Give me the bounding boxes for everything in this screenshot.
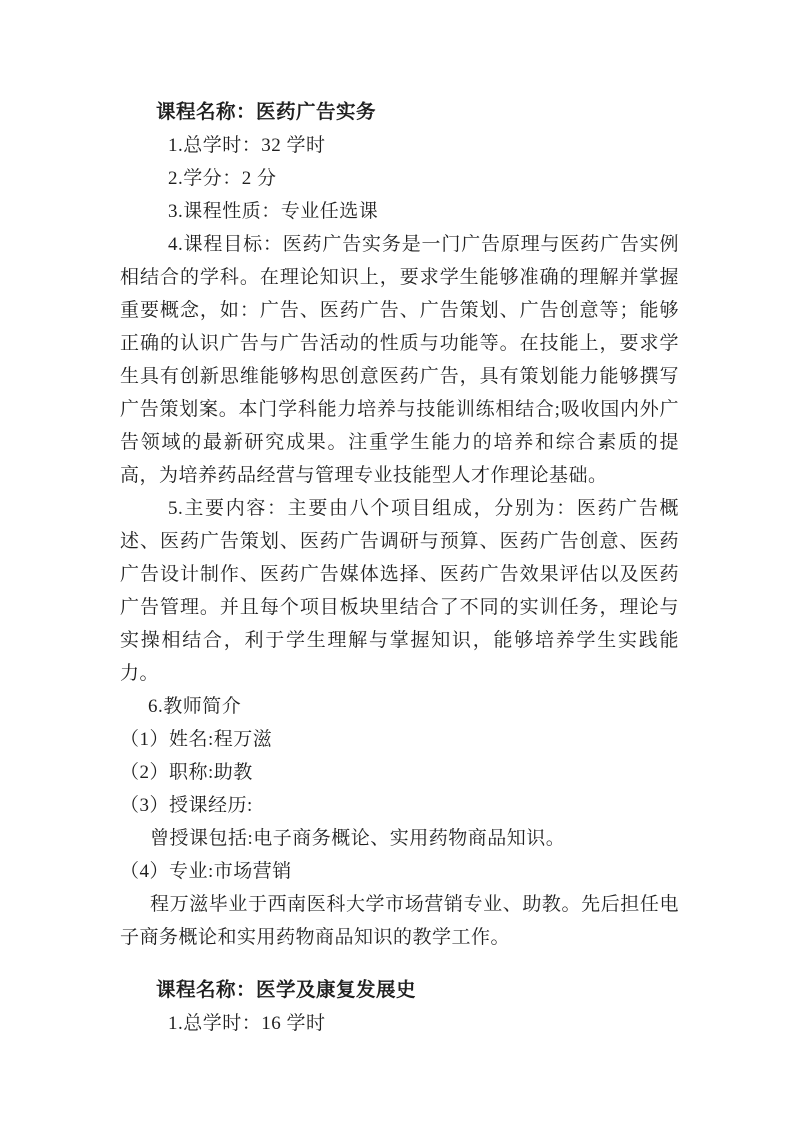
teacher-title-line: （2）职称:助教 bbox=[120, 756, 679, 789]
course2-title: 课程名称：医学及康复发展史 bbox=[120, 974, 679, 1007]
document-page: 课程名称：医药广告实务 1.总学时：32 学时 2.学分：2 分 3.课程性质：… bbox=[0, 0, 793, 1122]
teacher-experience-label-line: （3）授课经历: bbox=[120, 789, 679, 822]
course1-item-credits: 2.学分：2 分 bbox=[120, 162, 679, 195]
course1-objective-paragraph: 4.课程目标：医药广告实务是一门广告原理与医药广告实例相结合的学科。在理论知识上… bbox=[120, 228, 679, 492]
teacher-intro-heading: 6.教师简介 bbox=[120, 690, 679, 723]
teacher-bio-paragraph: 程万滋毕业于西南医科大学市场营销专业、助教。先后担任电子商务概论和实用药物商品知… bbox=[120, 888, 679, 954]
course1-item-total-hours: 1.总学时：32 学时 bbox=[120, 129, 679, 162]
course1-title: 课程名称：医药广告实务 bbox=[120, 96, 679, 129]
course-section-rehab-history: 课程名称：医学及康复发展史 1.总学时：16 学时 bbox=[120, 974, 679, 1040]
course1-item-nature: 3.课程性质：专业任选课 bbox=[120, 195, 679, 228]
teacher-name-line: （1）姓名:程万滋 bbox=[120, 723, 679, 756]
teacher-major-line: （4）专业:市场营销 bbox=[120, 855, 679, 888]
teacher-experience-line: 曾授课包括:电子商务概论、实用药物商品知识。 bbox=[120, 822, 679, 855]
course-section-advertising: 课程名称：医药广告实务 1.总学时：32 学时 2.学分：2 分 3.课程性质：… bbox=[120, 96, 679, 954]
course1-content-paragraph: 5.主要内容：主要由八个项目组成，分别为：医药广告概述、医药广告策划、医药广告调… bbox=[120, 492, 679, 690]
course2-item-total-hours: 1.总学时：16 学时 bbox=[120, 1007, 679, 1040]
